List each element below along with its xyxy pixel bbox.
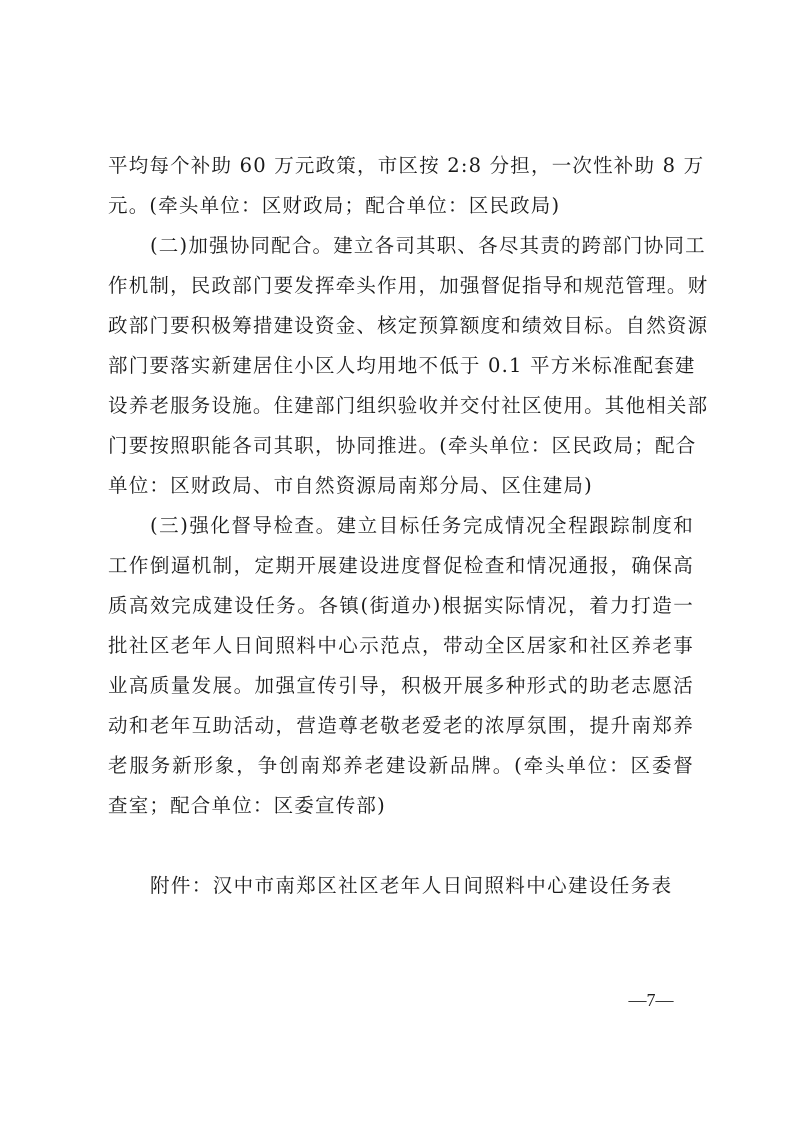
text-line: 门要按照职能各司其职，协同推进。(牵头单位：区民政局；配合	[108, 426, 694, 466]
section-heading-line: (二)加强协同配合。建立各司其职、各尽其责的跨部门协同工	[108, 226, 694, 266]
text-line: 设养老服务设施。住建部门组织验收并交付社区使用。其他相关部	[108, 386, 694, 426]
text-line: 老服务新形象，争创南郑养老建设新品牌。(牵头单位：区委督	[108, 746, 694, 786]
text-line: 部门要落实新建居住小区人均用地不低于 0.1 平方米标准配套建	[108, 346, 694, 386]
text-line: 工作倒逼机制，定期开展建设进度督促检查和情况通报，确保高	[108, 546, 694, 586]
text-line: 质高效完成建设任务。各镇(街道办)根据实际情况，着力打造一	[108, 586, 694, 626]
text-line: 作机制，民政部门要发挥牵头作用，加强督促指导和规范管理。财	[108, 266, 694, 306]
text-line: 查室；配合单位：区委宣传部)	[108, 786, 694, 826]
document-page: 平均每个补助 60 万元政策，市区按 2:8 分担，一次性补助 8 万 元。(牵…	[0, 0, 793, 1122]
attachment-note: 附件：汉中市南郑区社区老年人日间照料中心建设任务表	[150, 866, 710, 906]
section-heading-line: (三)强化督导检查。建立目标任务完成情况全程跟踪制度和	[108, 506, 694, 546]
text-line: 平均每个补助 60 万元政策，市区按 2:8 分担，一次性补助 8 万	[108, 146, 694, 186]
text-line: 动和老年互助活动，营造尊老敬老爱老的浓厚氛围，提升南郑养	[108, 706, 694, 746]
page-number: —7—	[626, 990, 676, 1011]
text-line: 政部门要积极筹措建设资金、核定预算额度和绩效目标。自然资源	[108, 306, 694, 346]
text-line: 单位：区财政局、市自然资源局南郑分局、区住建局)	[108, 466, 694, 506]
document-body: 平均每个补助 60 万元政策，市区按 2:8 分担，一次性补助 8 万 元。(牵…	[108, 146, 694, 826]
text-line: 业高质量发展。加强宣传引导，积极开展多种形式的助老志愿活	[108, 666, 694, 706]
text-line: 元。(牵头单位：区财政局；配合单位：区民政局)	[108, 186, 694, 226]
text-line: 批社区老年人日间照料中心示范点，带动全区居家和社区养老事	[108, 626, 694, 666]
